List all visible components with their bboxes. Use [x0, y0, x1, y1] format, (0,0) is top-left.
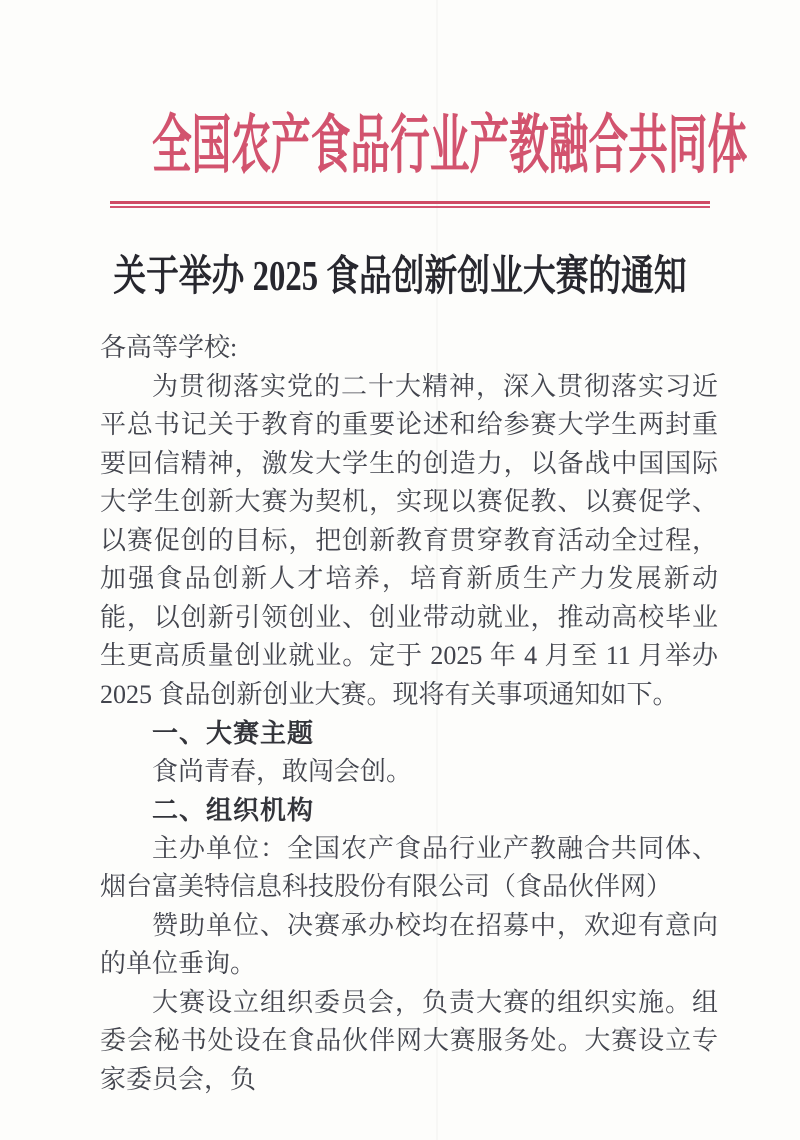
notice-title: 关于举办 2025 食品创新创业大赛的通知	[88, 252, 712, 302]
salutation: 各高等学校:	[100, 329, 718, 368]
sponsor-paragraph: 赞助单位、决赛承办校均在招募中，欢迎有意向的单位垂询。	[100, 907, 718, 984]
theme-paragraph: 食尚青春，敢闯会创。	[100, 753, 718, 792]
section-heading-organization: 二、组织机构	[100, 791, 718, 830]
notice-body: 各高等学校: 为贯彻落实党的二十大精神，深入贯彻落实习近平总书记关于教育的重要论…	[100, 329, 718, 1099]
committee-paragraph: 大赛设立组织委员会，负责大赛的组织实施。组委会秘书处设在食品伙伴网大赛服务处。大…	[100, 984, 718, 1100]
header-divider	[110, 201, 710, 208]
section-heading-theme: 一、大赛主题	[100, 714, 718, 753]
intro-paragraph: 为贯彻落实党的二十大精神，深入贯彻落实习近平总书记关于教育的重要论述和给参赛大学…	[100, 368, 718, 715]
host-unit-paragraph: 主办单位：全国农产食品行业产教融合共同体、烟台富美特信息科技股份有限公司（食品伙…	[100, 830, 718, 907]
document-page: 全国农产食品行业产教融合共同体 关于举办 2025 食品创新创业大赛的通知 各高…	[0, 0, 800, 1140]
org-name-header: 全国农产食品行业产教融合共同体	[152, 96, 648, 196]
